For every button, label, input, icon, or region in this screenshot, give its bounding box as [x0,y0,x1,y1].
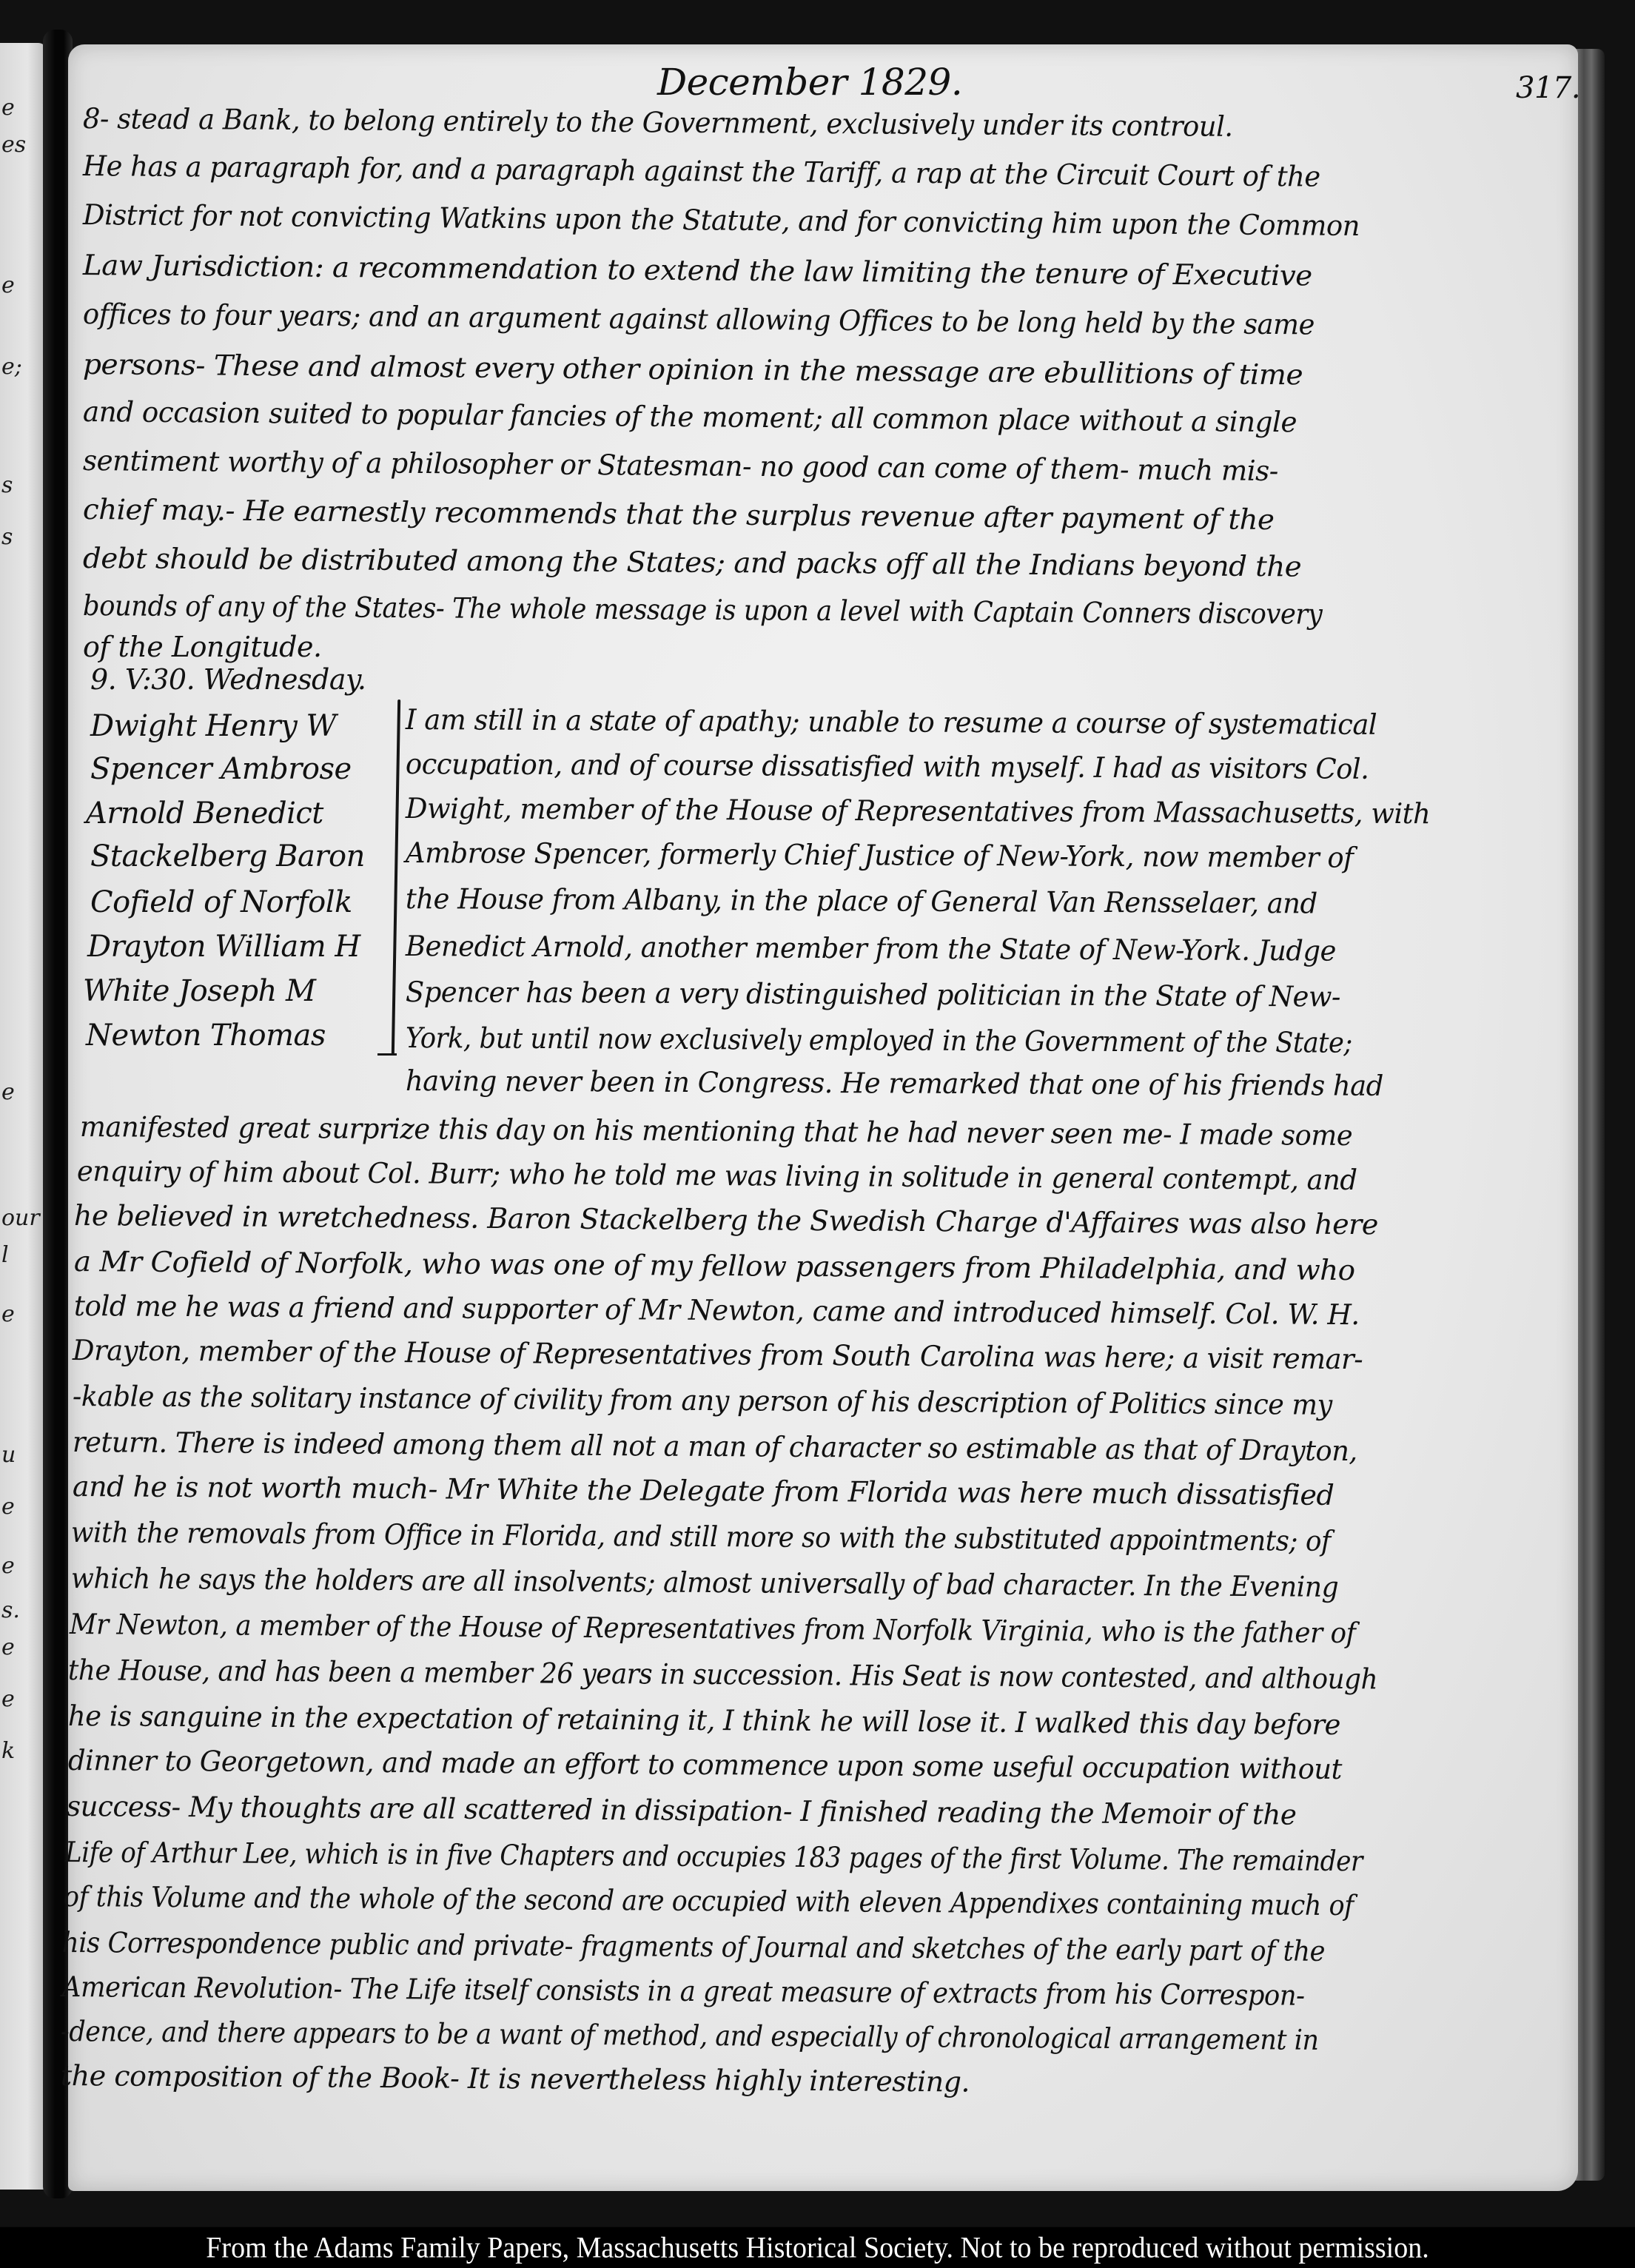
facing-fragment: e; [1,354,22,380]
facing-fragment: e [1,1494,15,1520]
facing-fragment: e [1,95,15,121]
text-line: Spencer has been a very distinguished po… [406,976,1340,1013]
facing-fragment: s [1,472,13,498]
facing-fragment: e [1,1301,15,1327]
margin-name: Spencer Ambrose [90,752,352,786]
facing-fragment: s. [1,1597,20,1623]
margin-name: Cofield of Norfolk [90,885,352,919]
facing-fragment: e [1,272,15,298]
text-line: I am still in a state of apathy; unable … [406,703,1377,741]
facing-fragment: e [1,1079,15,1105]
facing-fragment: l [1,1242,9,1268]
text-line: the composition of the Book- It is never… [61,2059,970,2098]
margin-name: Dwight Henry W [90,709,336,743]
page-header-date: December 1829. [657,61,962,104]
text-line: of the Longitude. [83,631,322,663]
facing-page-edge: e es e e; s s e our l e u e e s. e e k [0,43,46,2190]
text-line: Dwight, member of the House of Represent… [406,792,1431,830]
text-line: the House from Albany, in the place of G… [406,882,1317,919]
entry-heading: 9. V:30. Wednesday. [90,663,366,696]
facing-fragment: k [1,1738,15,1764]
margin-name: White Joseph M [83,974,315,1008]
facing-fragment: e [1,1634,15,1660]
text-line: occupation, and of course dissatisfied w… [406,748,1369,785]
facing-fragment: es [1,132,26,158]
text-line: Benedict Arnold, another member from the… [406,930,1336,967]
facing-fragment: our [1,1205,40,1231]
margin-bracket-tick [377,1053,397,1056]
facing-fragment: e [1,1686,15,1712]
margin-name: Arnold Benedict [86,796,323,831]
text-line: having never been in Congress. He remark… [406,1064,1383,1102]
page-number: 317. [1516,71,1580,105]
margin-name: Stackelberg Baron [90,839,365,873]
text-line: Ambrose Spencer, formerly Chief Justice … [406,836,1354,874]
margin-name: Drayton William H [87,930,360,964]
facing-fragment: e [1,1553,15,1579]
page-stack-edge [1575,49,1605,2181]
facing-fragment: u [1,1442,16,1468]
text-line: York, but until now exclusively employed… [406,1021,1352,1059]
facing-fragment: s [1,524,13,550]
copyright-footer: From the Adams Family Papers, Massachuse… [0,2227,1635,2268]
margin-name: Newton Thomas [86,1019,326,1053]
